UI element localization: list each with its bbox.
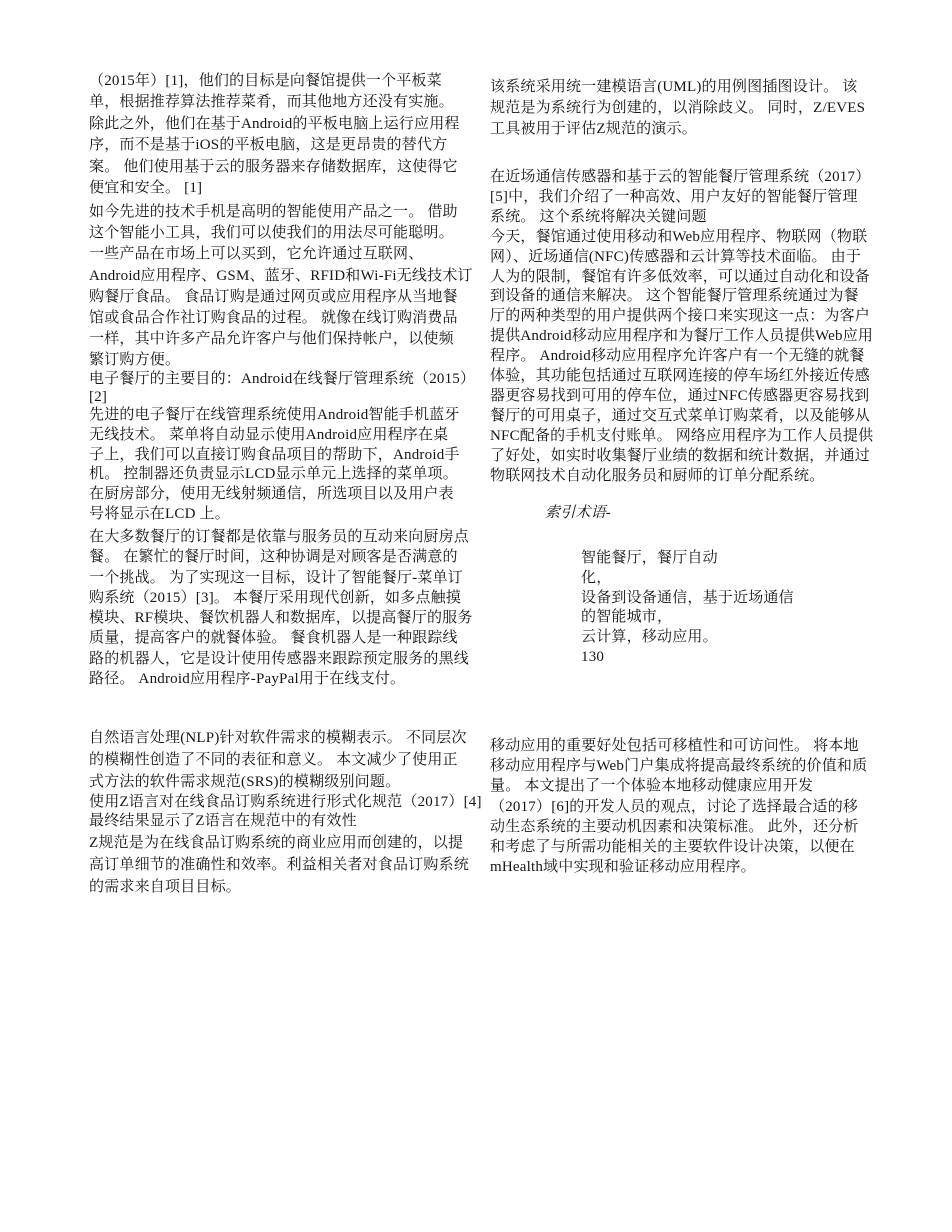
paragraph-mobile-apps: 移动应用的重要好处包括可移植性和可访问性。 将本地 移动应用程序与Web门户集成… [490,736,890,877]
paragraph-z-language-body: Z规范是为在线食品订购系统的商业应用而创建的，以提 高订单细节的准确性和效率。利… [89,832,489,898]
index-terms-label: 索引术语- [545,503,845,524]
paragraph-nfc-smart-restaurant: 在近场通信传感器和基于云的智能餐厅管理系统（2017） [5]中，我们介绍了一种… [490,168,890,487]
paragraph-tablet-menu: （2015年）[1]，他们的目标是向餐馆提供一个平板菜 单，根据推荐算法推荐菜肴… [89,71,489,199]
paragraph-nlp: 自然语言处理(NLP)针对软件需求的模糊表示。 不同层次 的模糊性创造了不同的表… [89,728,489,793]
paragraph-smart-phone: 如今先进的技术手机是高明的智能使用产品之一。 借助 这个智能小工具，我们可以使我… [89,202,489,372]
index-terms-list: 智能餐厅，餐厅自动 化， 设备到设备通信，基于近场通信 的智能城市， 云计算，移… [581,549,901,668]
paragraph-uml: 该系统采用统一建模语言(UML)的用例图插图设计。 该 规范是为系统行为创建的，… [490,77,890,140]
section-heading-erestaurant: 电子餐厅的主要目的：Android在线餐厅管理系统（2015） [2] [89,371,489,406]
paragraph-erestaurant-body: 先进的电子餐厅在线管理系统使用Android智能手机蓝牙 无线技术。 菜单将自动… [89,406,489,525]
paragraph-menu-ordering: 在大多数餐厅的订餐都是依靠与服务员的互动来向厨房点 餐。 在繁忙的餐厅时间，这种… [89,527,489,689]
section-heading-z-language: 使用Z语言对在线食品订购系统进行形式化规范（2017）[4] 最终结果显示了Z语… [89,793,489,831]
document-page: （2015年）[1]，他们的目标是向餐馆提供一个平板菜 单，根据推荐算法推荐菜肴… [0,0,952,1232]
